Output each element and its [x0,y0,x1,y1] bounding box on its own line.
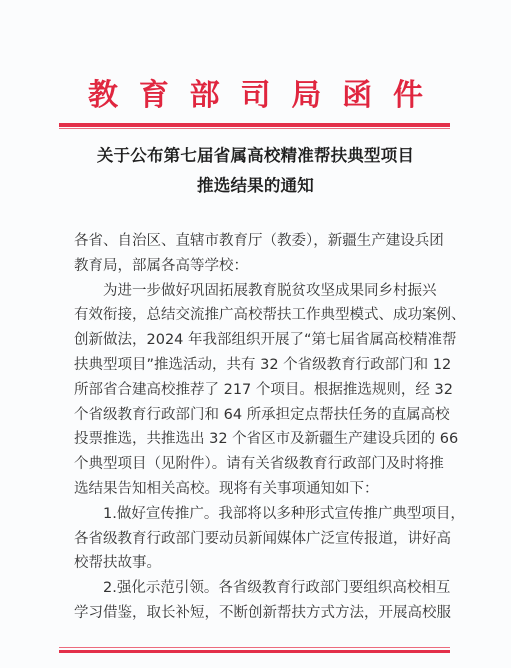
letterhead-char: 件 [393,78,423,114]
document-body: 各省、自治区、直辖市教育厅（教委），新疆生产建设兵团 教育局，部属各高等学校： … [74,229,446,626]
body-line: 扶典型项目”推选活动，共有 32 个省级教育行政部门和 12 [74,353,446,378]
body-line-item-1: 1.做好宣传推广。我部将以多种形式宣传推广典型项目， [74,502,446,527]
body-line: 学习借鉴，取长补短，不断创新帮扶方式方法，开展高校服 [74,601,446,626]
document-title: 关于公布第七届省属高校精准帮扶典型项目 推选结果的通知 [60,141,451,201]
body-line: 校帮扶故事。 [74,551,446,576]
body-line: 为进一步做好巩固拓展教育脱贫攻坚成果同乡村振兴 [74,279,446,304]
body-line: 投票推选，共推选出 32 个省区市及新疆生产建设兵团的 66 [74,427,446,452]
red-rule-bottom-thin [59,647,450,648]
red-rule-top-thin [59,128,450,129]
red-rule-bottom-thick [59,650,450,653]
body-line-addressee: 教育局，部属各高等学校： [74,254,446,279]
body-line-addressee: 各省、自治区、直辖市教育厅（教委），新疆生产建设兵团 [74,229,446,254]
body-line: 个省级教育行政部门和 64 所承担定点帮扶任务的直属高校 [74,403,446,428]
body-line-item-2: 2.强化示范引领。各省级教育行政部门要组织高校相互 [74,576,446,601]
letterhead-char: 教 [88,78,118,114]
letterhead-char: 函 [342,78,372,114]
body-line: 选结果告知相关高校。现将有关事项通知如下： [74,477,446,502]
document-title-line-2: 推选结果的通知 [60,171,451,201]
letterhead-char: 部 [190,78,220,114]
body-line: 各省级教育行政部门要动员新闻媒体广泛宣传报道，讲好高 [74,527,446,552]
body-line: 所部省合建高校推荐了 217 个项目。根据推选规则，经 32 [74,378,446,403]
letterhead-char: 局 [291,78,321,114]
letterhead-title: 教 育 部 司 局 函 件 [88,78,423,114]
letterhead-char: 司 [240,78,270,114]
body-line: 有效衔接，总结交流推广高校帮扶工作典型模式、成功案例、 [74,303,446,328]
letterhead-char: 育 [139,78,169,114]
red-rule-top-thick [59,123,450,127]
body-line: 创新做法，2024 年我部组织开展了“第七届省属高校精准帮 [74,328,446,353]
document-title-line-1: 关于公布第七届省属高校精准帮扶典型项目 [60,141,451,171]
body-line: 个典型项目（见附件）。请有关省级教育行政部门及时将推 [74,452,446,477]
